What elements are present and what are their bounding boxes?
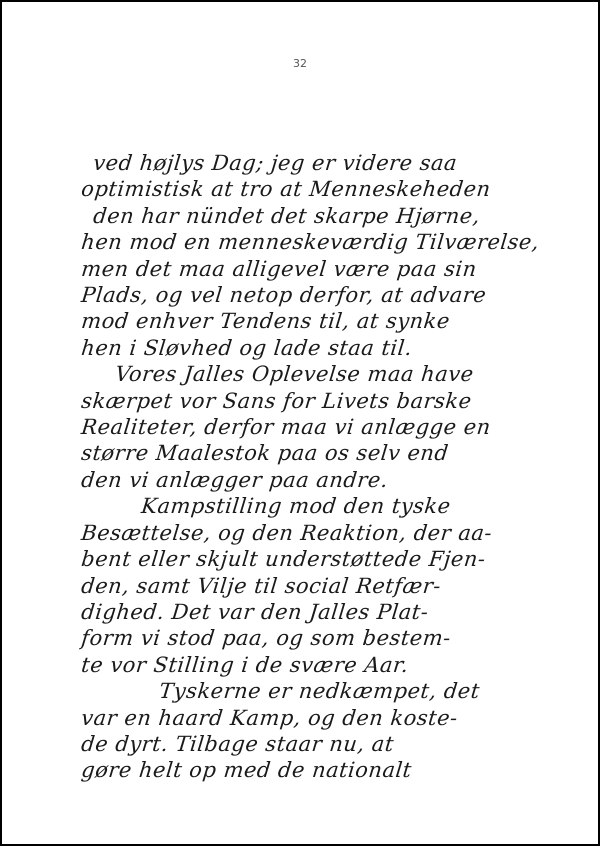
text-line: den vi anlægger paa andre. <box>80 467 573 493</box>
text-line: optimistisk at tro at Menneskeheden <box>80 176 573 202</box>
text-line: hen i Sløvhed og lade staa til. <box>80 335 573 361</box>
text-line: skærpet vor Sans for Livets barske <box>80 388 573 414</box>
text-line: den har nündet det skarpe Hjørne, <box>80 203 573 229</box>
text-line: form vi stod paa, og som bestem- <box>80 625 573 651</box>
text-line: Tyskerne er nedkæmpet, det <box>80 678 573 704</box>
text-line: Kampstilling mod den tyske <box>80 493 573 519</box>
text-line: var en haard Kamp, og den koste- <box>80 705 573 731</box>
text-line: hen mod en menneskeværdig Tilværelse, <box>80 229 573 255</box>
text-line: den, samt Vilje til social Retfær- <box>80 573 573 599</box>
text-line: Plads, og vel netop derfor, at advare <box>80 282 573 308</box>
text-line: Besættelse, og den Reaktion, der aa- <box>80 520 573 546</box>
text-line: men det maa alligevel være paa sin <box>80 256 573 282</box>
text-line: mod enhver Tendens til, at synke <box>80 308 573 334</box>
handwritten-text: ved højlys Dag; jeg er videre saa optimi… <box>80 150 570 784</box>
text-line: te vor Stilling i de svære Aar. <box>80 652 573 678</box>
text-line: Vores Jalles Oplevelse maa have <box>80 361 573 387</box>
text-line: Realiteter, derfor maa vi anlægge en <box>80 414 573 440</box>
document-page: 32 ved højlys Dag; jeg er videre saa opt… <box>2 2 598 844</box>
text-line: dighed. Det var den Jalles Plat- <box>80 599 573 625</box>
page-number: 32 <box>2 57 598 70</box>
text-line: større Maalestok paa os selv end <box>80 440 573 466</box>
text-line: bent eller skjult understøttede Fjen- <box>80 546 573 572</box>
text-line: ved højlys Dag; jeg er videre saa <box>80 150 573 176</box>
text-line: gøre helt op med de nationalt <box>80 757 573 783</box>
text-line: de dyrt. Tilbage staar nu, at <box>80 731 573 757</box>
